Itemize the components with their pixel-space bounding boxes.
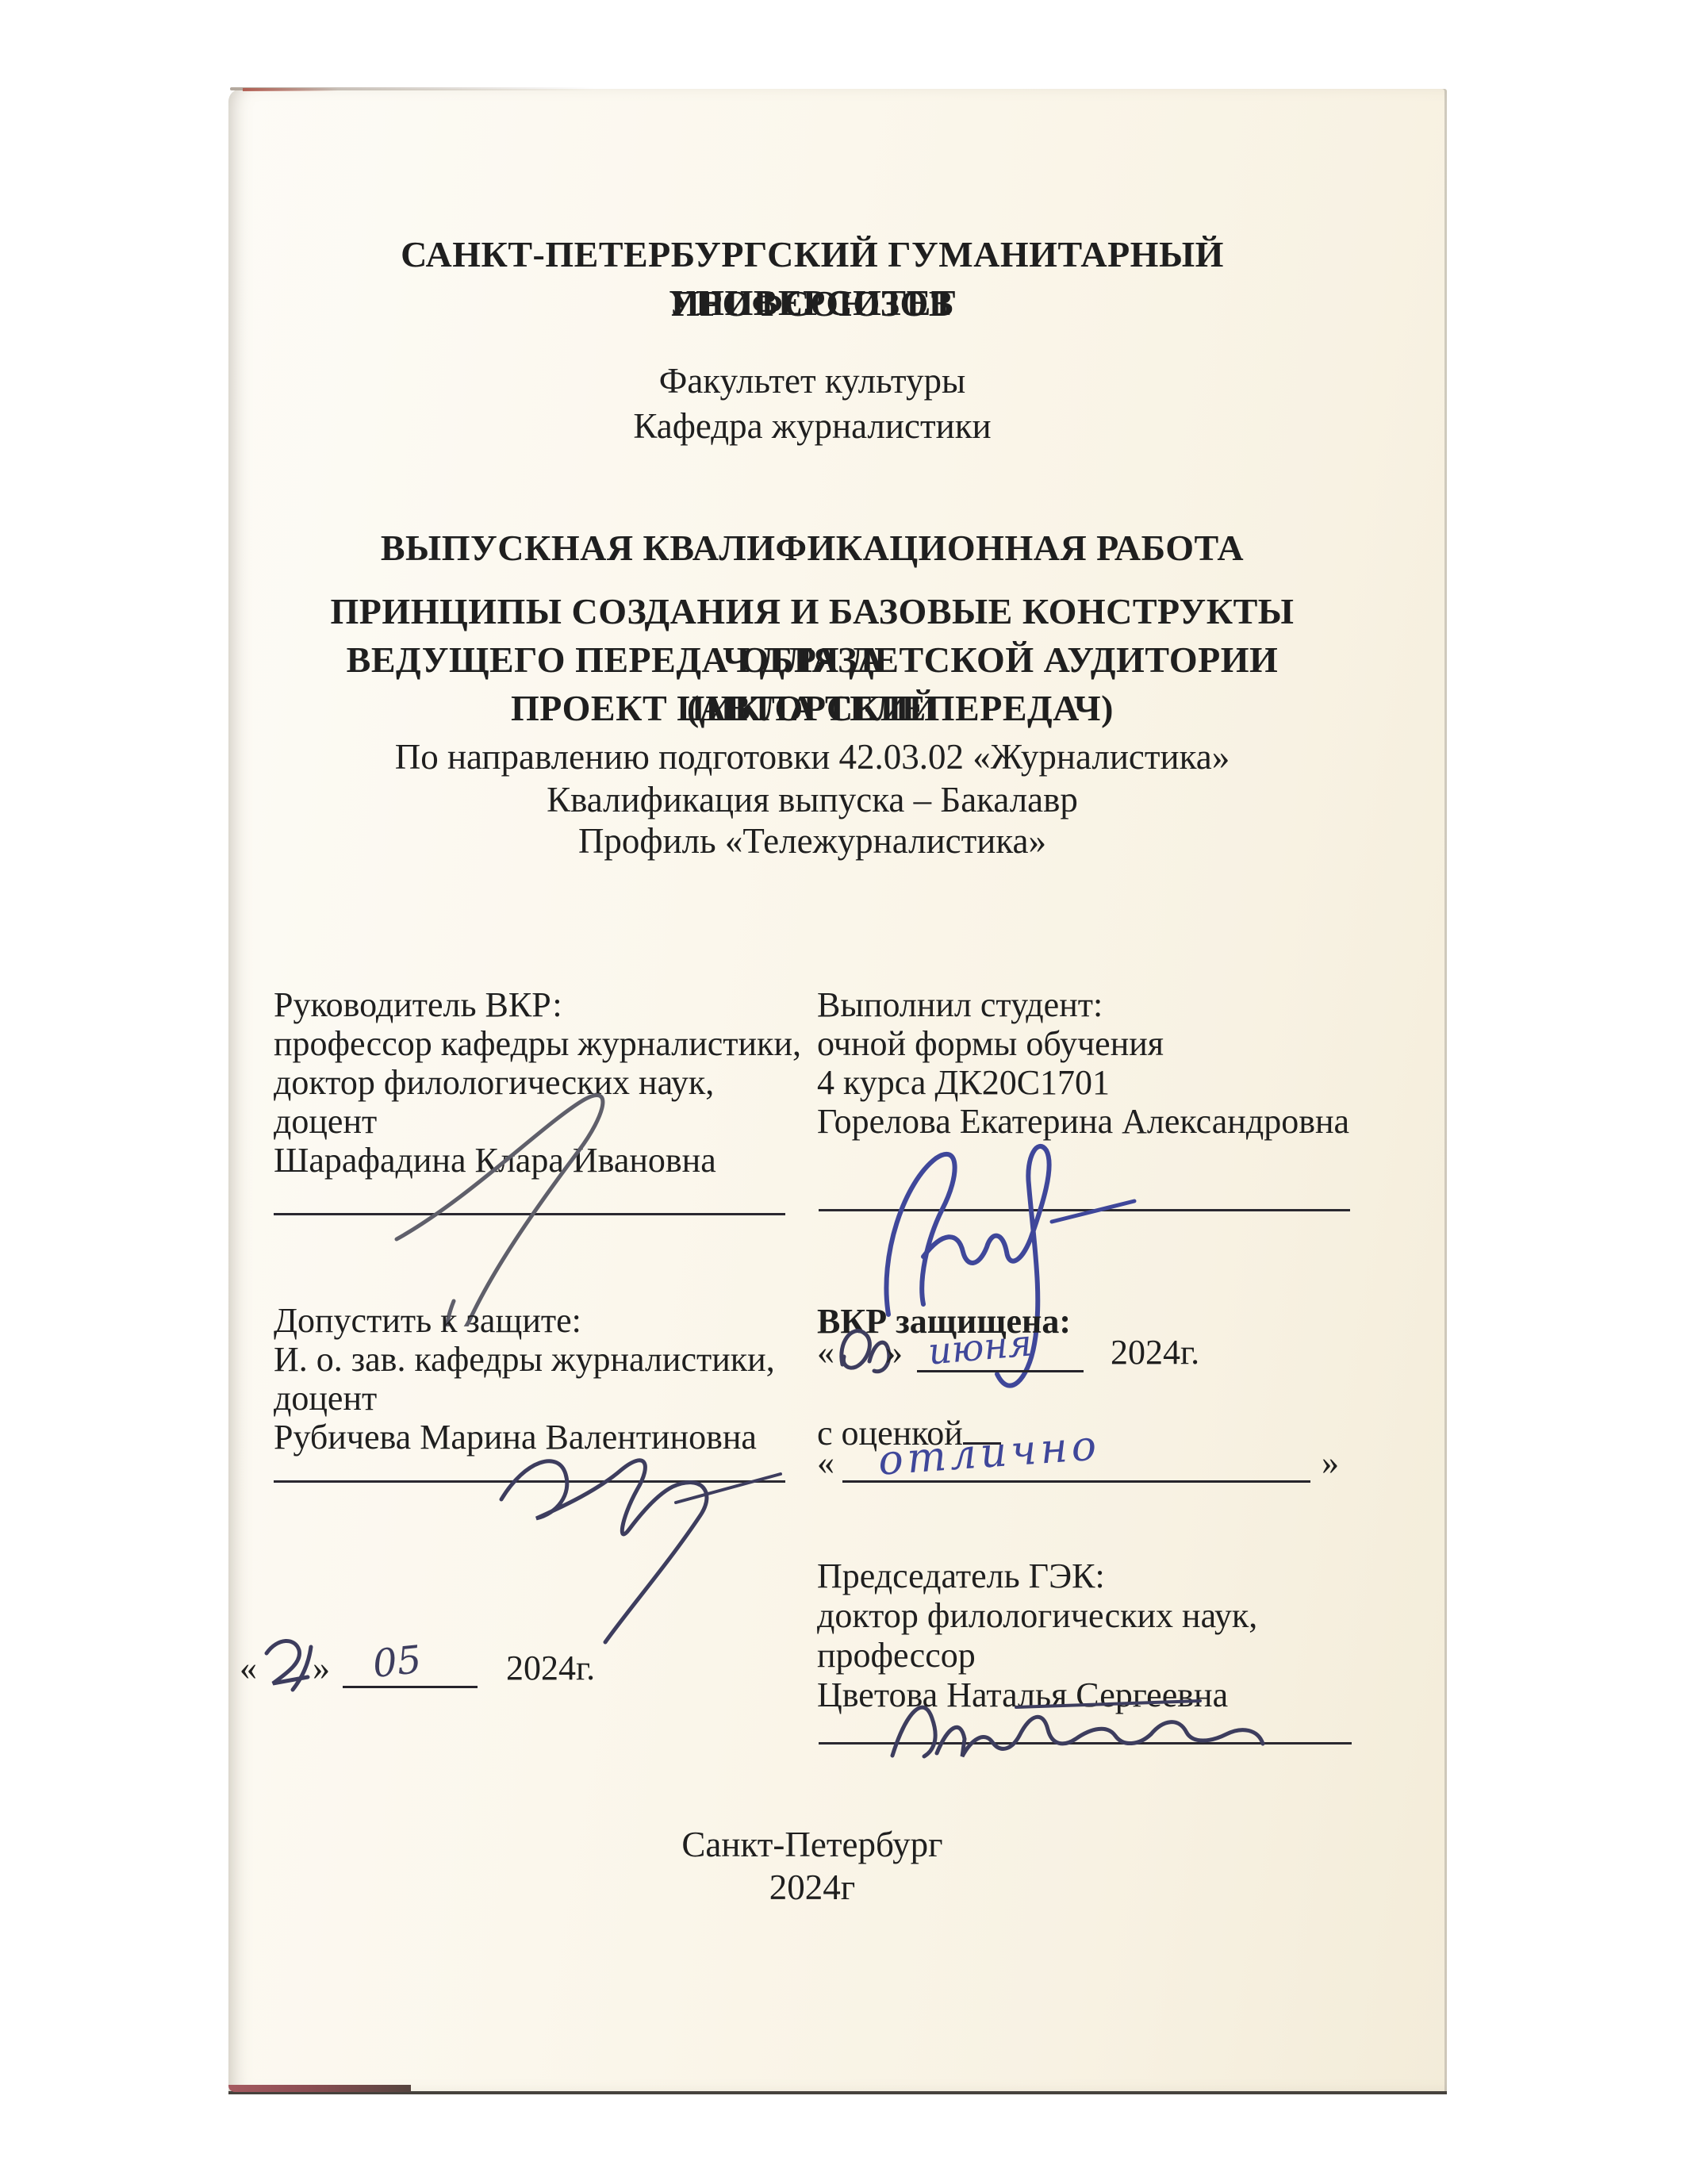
admission-signature xyxy=(438,1426,803,1649)
admission-line: доцент xyxy=(274,1379,829,1418)
close-quote: » xyxy=(885,1332,903,1372)
open-quote: « xyxy=(817,1442,834,1483)
supervisor-line: профессор кафедры журналистики, xyxy=(274,1024,829,1063)
student-line: 4 курса ДК20С1701 xyxy=(817,1063,1404,1102)
scanned-document: САНКТ-ПЕТЕРБУРГСКИЙ ГУМАНИТАРНЫЙ УНИВЕРС… xyxy=(0,0,1688,2184)
thesis-title-line3: ПРОЕКТ ЦИКЛА ТЕЛЕПЕРЕДАЧ) xyxy=(268,684,1356,732)
student-line: очной формы обучения xyxy=(817,1024,1404,1063)
university-name-line2: ПРОФСОЮЗОВ xyxy=(268,279,1356,328)
chairman-line: профессор xyxy=(817,1636,1404,1675)
chairman-heading: Председатель ГЭК: xyxy=(817,1556,1404,1596)
footer-city: Санкт-Петербург xyxy=(268,1823,1356,1866)
student-name: Горелова Екатерина Александровна xyxy=(817,1102,1404,1141)
supervisor-heading: Руководитель ВКР: xyxy=(274,985,829,1024)
program-profile-line: Профиль «Тележурналистика» xyxy=(268,820,1356,862)
admission-month-handwriting: 05 xyxy=(370,1637,424,1687)
faculty-line: Факультет культуры xyxy=(268,359,1356,404)
defense-date-row: « » июня 2024г. xyxy=(817,1318,1199,1372)
page-bottom-corner-mark xyxy=(228,2085,411,2092)
close-quote: » xyxy=(1322,1442,1339,1483)
defense-month-line: июня xyxy=(917,1327,1084,1372)
student-heading: Выполнил студент: xyxy=(817,985,1404,1024)
chairman-signature xyxy=(861,1672,1321,1775)
footer-year: 2024г xyxy=(268,1866,1356,1909)
student-block: Выполнил студент: очной формы обучения 4… xyxy=(817,985,1404,1141)
chairman-line: доктор филологических наук, xyxy=(817,1596,1404,1636)
program-qualification-line: Квалификация выпуска – Бакалавр xyxy=(268,779,1356,820)
department-line: Кафедра журналистики xyxy=(268,404,1356,449)
defense-year: 2024г. xyxy=(1111,1332,1199,1372)
grade-line: отлично xyxy=(842,1437,1310,1483)
admission-month-line: 05 xyxy=(343,1643,478,1688)
admission-date-row: « » 05 2024г. xyxy=(240,1628,595,1688)
close-quote: » xyxy=(313,1648,330,1688)
admission-date-year: 2024г. xyxy=(506,1648,595,1688)
supervisor-signature xyxy=(341,1073,682,1326)
admission-heading: Допустить к защите: xyxy=(274,1301,829,1340)
program-direction-line: По направлению подготовки 42.03.02 «Журн… xyxy=(268,736,1356,777)
page-corner-red-mark xyxy=(243,88,338,91)
work-type-heading: ВЫПУСКНАЯ КВАЛИФИКАЦИОННАЯ РАБОТА xyxy=(268,524,1356,572)
grade-row: « отлично » xyxy=(817,1437,1339,1483)
admission-line: И. о. зав. кафедры журналистики, xyxy=(274,1340,829,1379)
defense-month-handwriting: июня xyxy=(926,1321,1034,1372)
